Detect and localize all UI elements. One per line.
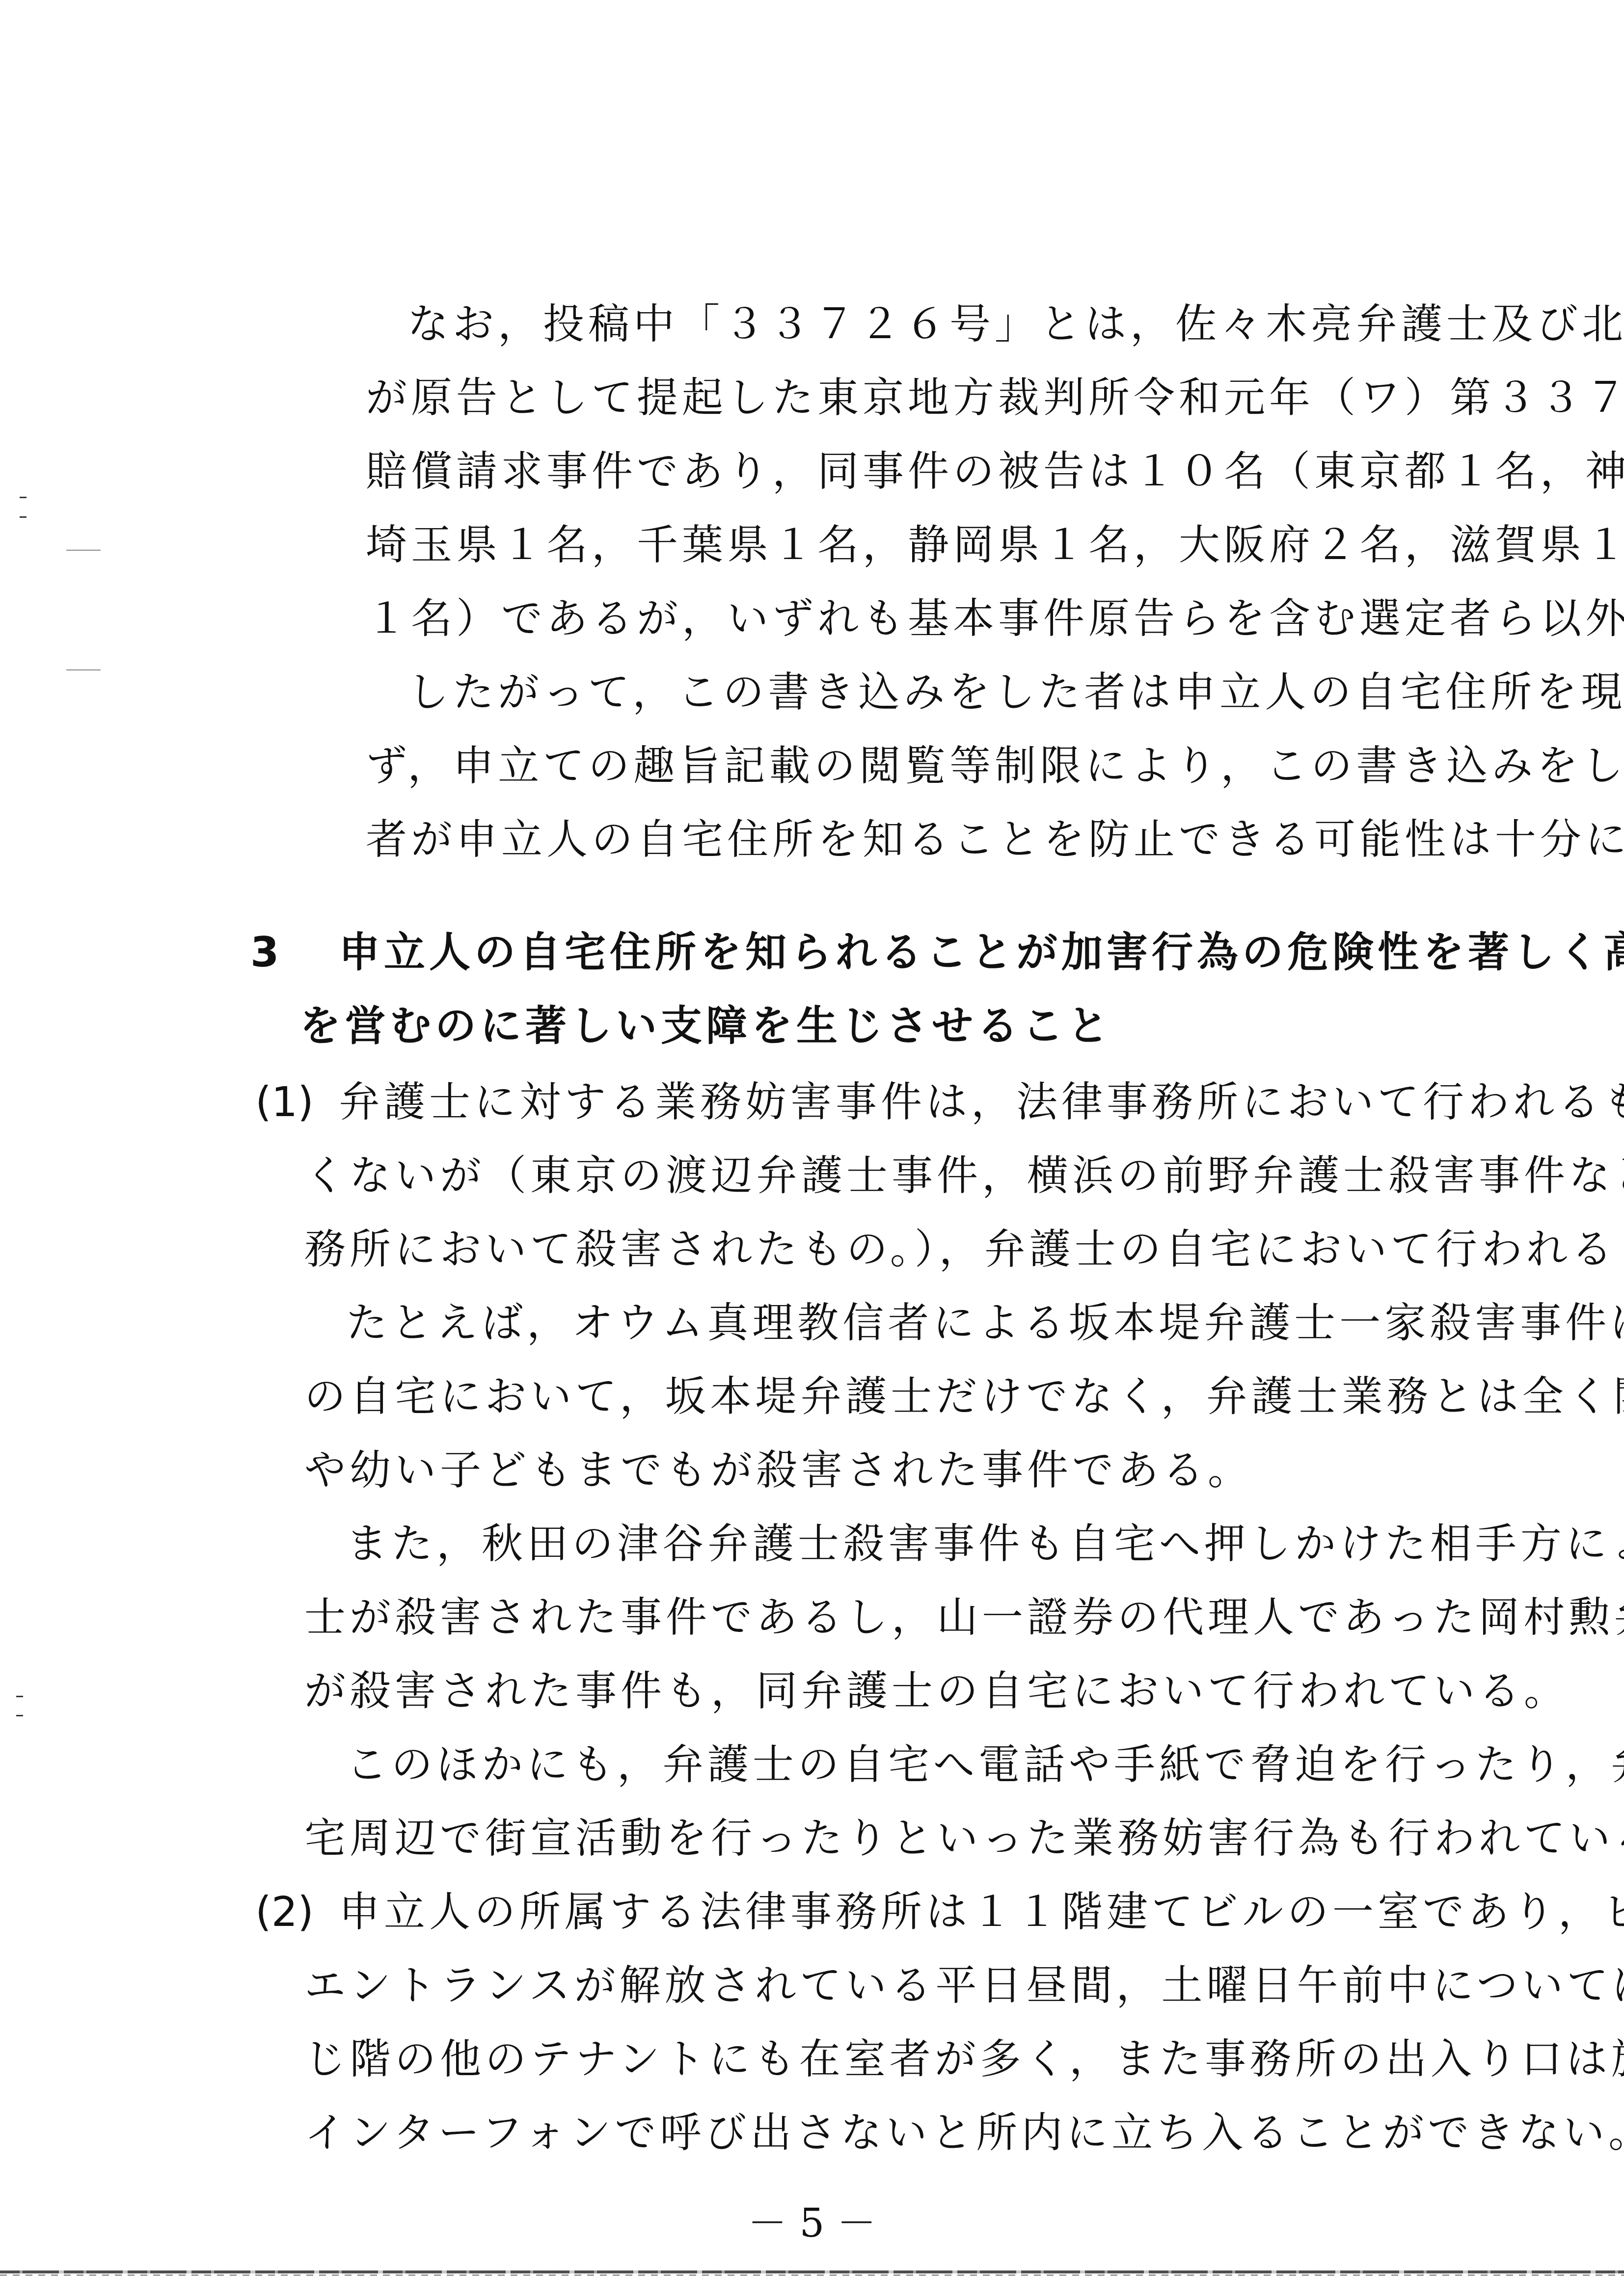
scan-mark [16, 1715, 23, 1716]
text-line: なお，投稿中「３３７２６号」とは，佐々木亮弁護士及び北周士弁護士 [407, 299, 1624, 348]
page-number: － 5 － [0, 2199, 1624, 2248]
scan-mark [20, 516, 27, 518]
text-line: が原告として提起した東京地方裁判所令和元年（ワ）第３３７２６号損害 [366, 373, 1624, 422]
scan-edge-artifact [0, 2274, 1624, 2276]
text-line: くないが（東京の渡辺弁護士事件，横浜の前野弁護士殺害事件などは法律事 [304, 1151, 1624, 1200]
text-line-with-reference: 宅周辺で街宣活動を行ったりといった業務妨害行為も行われている（資料６）。 [304, 1814, 1624, 1863]
text-line: 士が殺害された事件であるし，山一證券の代理人であった岡村勲弁護士の妻 [304, 1593, 1624, 1642]
scan-mark [66, 550, 101, 551]
text-line: たとえば，オウム真理教信者による坂本堤弁護士一家殺害事件は，就寝中 [346, 1298, 1624, 1347]
text-line: インターフォンで呼び出さないと所内に立ち入ることができない。 [304, 2108, 1624, 2157]
scan-mark [20, 497, 27, 498]
text-line: 埼玉県１名，千葉県１名，静岡県１名，大阪府２名，滋賀県１名，福岡県 [366, 520, 1624, 569]
scan-edge-artifact [0, 2270, 1624, 2273]
section-title-line: 申立人の自宅住所を知られることが加害行為の危険性を著しく高め社会生活 [339, 928, 1624, 977]
text-line: 務所において殺害されたもの。），弁護士の自宅において行われるものも多い。 [304, 1225, 1624, 1274]
section-number: 3 [250, 928, 279, 977]
text-line: ず，申立ての趣旨記載の閲覧等制限により，この書き込みをした懲戒請求 [366, 741, 1624, 790]
item-number: (2) [255, 1887, 314, 1936]
text-line: が殺害された事件も，同弁護士の自宅において行われている。 [304, 1666, 1569, 1715]
text-line: じ階の他のテナントにも在室者が多く，また事務所の出入り口は施錠され， [304, 2034, 1624, 2083]
text-line: や幼い子どもまでもが殺害された事件である。 [304, 1445, 1253, 1495]
text-line: このほかにも，弁護士の自宅へ電話や手紙で脅迫を行ったり，弁護士の自 [346, 1740, 1624, 1789]
text-line: したがって，この書き込みをした者は申立人の自宅住所を現時点で知ら [407, 667, 1624, 717]
text-line: 弁護士に対する業務妨害事件は，法律事務所において行われるものも少な [339, 1077, 1624, 1126]
text-line: 賠償請求事件であり，同事件の被告は１０名（東京都１名，神奈川県２名， [366, 447, 1624, 496]
text-line: エントランスが解放されている平日昼間，土曜日午前中については所内や同 [304, 1961, 1624, 2010]
scan-mark [16, 1696, 23, 1697]
text-line: の自宅において，坂本堤弁護士だけでなく，弁護士業務とは全く関係ない妻 [304, 1372, 1624, 1421]
item-number: (1) [255, 1077, 314, 1126]
text-segment: 宅周辺で街宣活動を行ったりといった業務妨害行為も行われている（ [304, 1814, 1624, 1862]
document-page: なお，投稿中「３３７２６号」とは，佐々木亮弁護士及び北周士弁護士 が原告として提… [0, 0, 1624, 2296]
text-line: また，秋田の津谷弁護士殺害事件も自宅へ押しかけた相手方によって弁護 [346, 1519, 1624, 1568]
text-line: １名）であるが，いずれも基本事件原告らを含む選定者ら以外の者である。 [366, 594, 1624, 643]
text-line: 申立人の所属する法律事務所は１１階建てビルの一室であり，ビルの１階 [339, 1887, 1624, 1936]
section-title-line: を営むのに著しい支障を生じさせること [299, 1001, 1112, 1050]
scan-mark [66, 669, 101, 670]
text-line: 者が申立人の自宅住所を知ることを防止できる可能性は十分にある。 [366, 815, 1624, 864]
